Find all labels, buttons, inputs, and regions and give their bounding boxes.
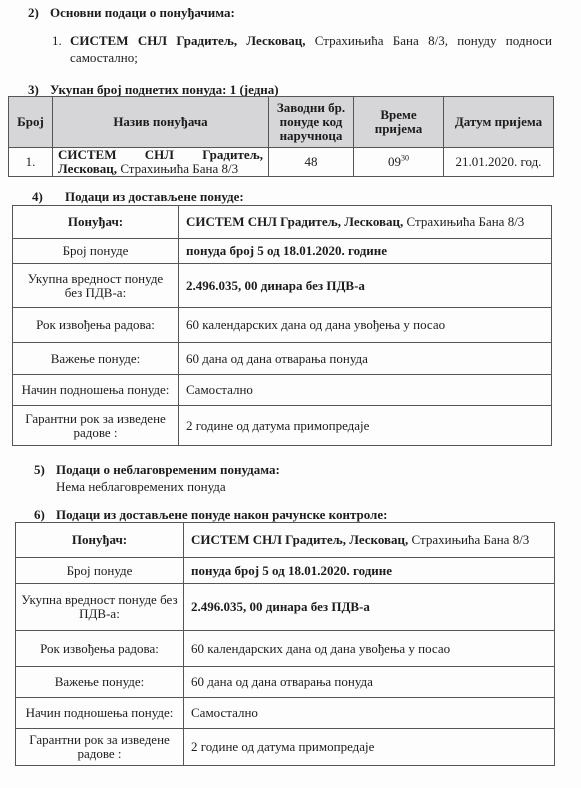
bidder-name: СИСТЕМ СНЛ Градитељ, Лесковац, bbox=[70, 33, 305, 48]
bids-summary-table: Број Назив понуђача Заводни бр. понуде к… bbox=[8, 96, 554, 177]
offer-details-table: Понуђач:СИСТЕМ СНЛ Градитељ, Лесковац, С… bbox=[12, 205, 552, 446]
row-label: Број понуде bbox=[16, 558, 184, 584]
section-4-title: Подаци из достављене понуде: bbox=[65, 189, 244, 204]
row-value-text: Страхињића Бана 8/3 bbox=[408, 532, 529, 547]
section-5-number: 5) bbox=[34, 462, 56, 478]
section-2-title: Основни подаци о понуђачима: bbox=[50, 5, 235, 20]
section-5-heading: 5)Подаци о неблаговременим понудама: bbox=[34, 462, 280, 478]
row-value: 60 календарских дана од дана увођења у п… bbox=[184, 631, 555, 667]
section-4-heading: 4)Подаци из достављене понуде: bbox=[32, 189, 244, 205]
row-label: Начин подношења понуде: bbox=[13, 375, 179, 406]
row-value-bold: 2.496.035, 00 динара без ПДВ-а bbox=[191, 599, 370, 614]
row-value: 60 календарских дана од дана увођења у п… bbox=[179, 308, 552, 343]
col-header-receipt-time: Време пријема bbox=[354, 97, 444, 148]
row-label: Начин подношења понуде: bbox=[16, 698, 184, 729]
table-header-row: Број Назив понуђача Заводни бр. понуде к… bbox=[9, 97, 554, 148]
section-3-title: Укупан број поднетих понуда: 1 (једна) bbox=[50, 82, 279, 97]
row-label: Број понуде bbox=[13, 239, 179, 264]
section-2-number: 2) bbox=[28, 5, 50, 21]
cell-registration-number: 48 bbox=[269, 148, 354, 177]
section-2-heading: 2)Основни подаци о понуђачима: bbox=[28, 5, 235, 21]
row-label: Важење понуде: bbox=[16, 667, 184, 698]
row-value-bold: СИСТЕМ СНЛ Градитељ, Лесковац, bbox=[186, 214, 403, 229]
row-value: 2 године од датума примопредаје bbox=[184, 729, 555, 766]
row-label: Укупна вредност понуде без ПДВ-а: bbox=[13, 264, 179, 308]
row-value: Самостално bbox=[184, 698, 555, 729]
row-value-text: 60 дана од дана отварања понуда bbox=[191, 674, 373, 689]
section-4-number: 4) bbox=[32, 189, 65, 205]
section-6-title: Подаци из достављене понуде након рачунс… bbox=[56, 507, 387, 522]
bidder-address: Страхињића Бана 8/3 bbox=[117, 161, 238, 176]
time-minutes: 30 bbox=[401, 154, 409, 163]
row-value-text: 60 календарских дана од дана увођења у п… bbox=[186, 317, 445, 332]
table-row: Рок извођења радова:60 календарских дана… bbox=[16, 631, 555, 667]
table-row: Укупна вредност понуде без ПДВ-а:2.496.0… bbox=[16, 584, 555, 631]
table-row: Укупна вредност понуде без ПДВ-а:2.496.0… bbox=[13, 264, 552, 308]
row-value: СИСТЕМ СНЛ Градитељ, Лесковац, Страхињић… bbox=[179, 206, 552, 239]
table-row: Важење понуде:60 дана од дана отварања п… bbox=[16, 667, 555, 698]
table-row: 1. СИСТЕМ СНЛ Градитељ, Лесковац, Страхи… bbox=[9, 148, 554, 177]
row-value-text: Страхињића Бана 8/3 bbox=[403, 214, 524, 229]
row-value-text: 60 дана од дана отварања понуда bbox=[186, 351, 368, 366]
row-value: 2.496.035, 00 динара без ПДВ-а bbox=[179, 264, 552, 308]
row-label: Гарантни рок за изведене радове : bbox=[16, 729, 184, 766]
row-label: Гарантни рок за изведене радове : bbox=[13, 406, 179, 446]
table-row: Број понудепонуда број 5 од 18.01.2020. … bbox=[16, 558, 555, 584]
row-value-text: Самостално bbox=[186, 382, 253, 397]
table-row: Број понудепонуда број 5 од 18.01.2020. … bbox=[13, 239, 552, 264]
table-row: Начин подношења понуде:Самостално bbox=[13, 375, 552, 406]
table-row: Понуђач:СИСТЕМ СНЛ Градитељ, Лесковац, С… bbox=[16, 523, 555, 558]
col-header-registration-number: Заводни бр. понуде код наручноца bbox=[269, 97, 354, 148]
row-value: 2 године од датума примопредаје bbox=[179, 406, 552, 446]
row-value: Самостално bbox=[179, 375, 552, 406]
cell-number: 1. bbox=[9, 148, 53, 177]
row-value: понуда број 5 од 18.01.2020. године bbox=[184, 558, 555, 584]
section-5-title: Подаци о неблаговременим понудама: bbox=[56, 462, 280, 477]
offer-after-review-table: Понуђач:СИСТЕМ СНЛ Градитељ, Лесковац, С… bbox=[15, 522, 555, 766]
row-value: 60 дана од дана отварања понуда bbox=[179, 343, 552, 375]
row-label: Рок извођења радова: bbox=[13, 308, 179, 343]
list-item-number: 1. bbox=[52, 32, 70, 66]
cell-receipt-time: 0930 bbox=[354, 148, 444, 177]
cell-bidder-name: СИСТЕМ СНЛ Градитељ, Лесковац, Страхињић… bbox=[53, 148, 269, 177]
section-6-heading: 6)Подаци из достављене понуде након рачу… bbox=[34, 507, 387, 523]
col-header-receipt-date: Датум пријема bbox=[444, 97, 554, 148]
row-value: 60 дана од дана отварања понуда bbox=[184, 667, 555, 698]
row-value-text: 2 године од датума примопредаје bbox=[191, 739, 374, 754]
row-value-bold: понуда број 5 од 18.01.2020. године bbox=[186, 243, 387, 258]
list-item-text: СИСТЕМ СНЛ Градитељ, Лесковац, Страхињић… bbox=[70, 32, 552, 66]
section-6-number: 6) bbox=[34, 507, 56, 523]
row-value-text: Самостално bbox=[191, 705, 258, 720]
col-header-number: Број bbox=[9, 97, 53, 148]
row-label: Рок извођења радова: bbox=[16, 631, 184, 667]
cell-receipt-date: 21.01.2020. год. bbox=[444, 148, 554, 177]
row-value-text: 2 године од датума примопредаје bbox=[186, 418, 369, 433]
row-value: понуда број 5 од 18.01.2020. године bbox=[179, 239, 552, 264]
bidder-list-item: 1. СИСТЕМ СНЛ Градитељ, Лесковац, Страхи… bbox=[52, 32, 552, 66]
table-row: Рок извођења радова:60 календарских дана… bbox=[13, 308, 552, 343]
table-row: Гарантни рок за изведене радове :2 годин… bbox=[13, 406, 552, 446]
table-row: Начин подношења понуде:Самостално bbox=[16, 698, 555, 729]
table-row: Гарантни рок за изведене радове :2 годин… bbox=[16, 729, 555, 766]
time-hour: 09 bbox=[388, 154, 401, 169]
row-label: Понуђач: bbox=[16, 523, 184, 558]
table-row: Понуђач:СИСТЕМ СНЛ Градитељ, Лесковац, С… bbox=[13, 206, 552, 239]
row-value-text: 60 календарских дана од дана увођења у п… bbox=[191, 641, 450, 656]
row-label: Укупна вредност понуде без ПДВ-а: bbox=[16, 584, 184, 631]
row-value-bold: понуда број 5 од 18.01.2020. године bbox=[191, 563, 392, 578]
col-header-bidder-name: Назив понуђача bbox=[53, 97, 269, 148]
table-row: Важење понуде:60 дана од дана отварања п… bbox=[13, 343, 552, 375]
row-label: Понуђач: bbox=[13, 206, 179, 239]
row-value: СИСТЕМ СНЛ Градитељ, Лесковац, Страхињић… bbox=[184, 523, 555, 558]
row-value-bold: СИСТЕМ СНЛ Градитељ, Лесковац, bbox=[191, 532, 408, 547]
row-value: 2.496.035, 00 динара без ПДВ-а bbox=[184, 584, 555, 631]
row-value-bold: 2.496.035, 00 динара без ПДВ-а bbox=[186, 278, 365, 293]
row-label: Важење понуде: bbox=[13, 343, 179, 375]
late-bids-text: Нема неблаговремених понуда bbox=[56, 479, 226, 495]
